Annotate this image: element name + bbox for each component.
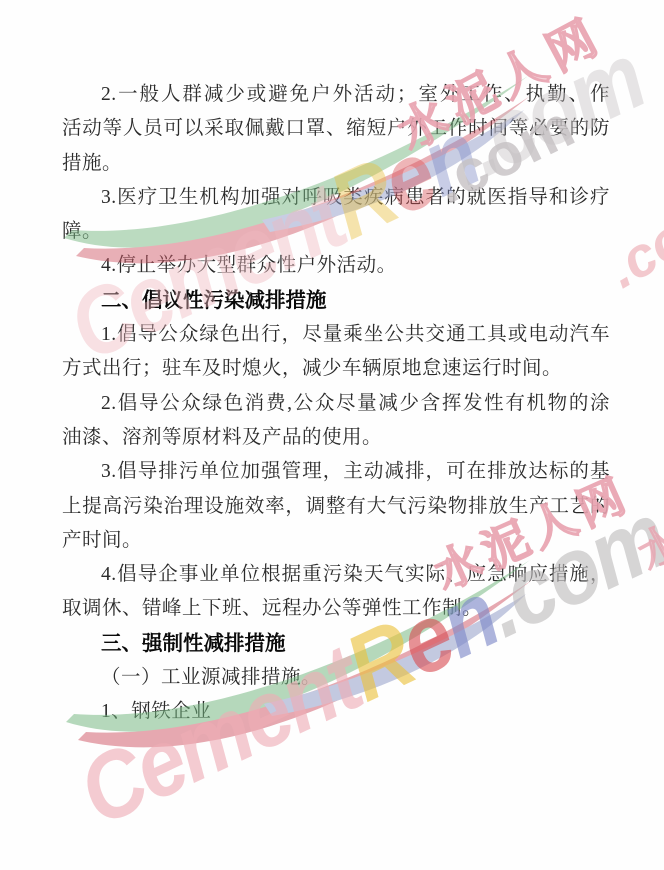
text-line: 3.医疗卫生机构加强对呼吸类疾病患者的就医指导和诊疗保 <box>62 181 610 215</box>
text-line: 上提高污染治理设施效率，调整有大气污染物排放生产工艺的生 <box>62 490 610 524</box>
text-line: 2.一般人群减少或避免户外活动；室外工作、执勤、作业、 <box>62 78 610 112</box>
text-line: 1.倡导公众绿色出行，尽量乘坐公共交通工具或电动汽车等 <box>62 318 610 352</box>
text-line: 油漆、溶剂等原材料及产品的使用。 <box>62 421 610 455</box>
text-line: 方式出行；驻车及时熄火，减少车辆原地怠速运行时间。 <box>62 352 610 386</box>
watermark-letter: C <box>64 725 161 845</box>
text-line: 1、钢铁企业 <box>62 695 610 729</box>
text-line: 活动等人员可以采取佩戴口罩、缩短户外工作时间等必要的防护 <box>62 112 610 146</box>
section-heading: 二、倡议性污染减排措施 <box>62 284 610 318</box>
text-line: 2.倡导公众绿色消费,公众尽量减少含挥发性有机物的涂料、 <box>62 387 610 421</box>
watermark-edge-fragment-mid: 水泥人网 <box>625 432 664 582</box>
text-line: 4.倡导企事业单位根据重污染天气实际、应急响应措施，采 <box>62 558 610 592</box>
text-line: 措施。 <box>62 147 610 181</box>
section-heading: 三、强制性减排措施 <box>62 627 610 661</box>
text-line: 取调休、错峰上下班、远程办公等弹性工作制。 <box>62 592 610 626</box>
text-line: 3.倡导排污单位加强管理，主动减排，可在排放达标的基础 <box>62 455 610 489</box>
text-line: 产时间。 <box>62 524 610 558</box>
document-page: 2.一般人群减少或避免户外活动；室外工作、执勤、作业、活动等人员可以采取佩戴口罩… <box>0 0 664 870</box>
document-text: 2.一般人群减少或避免户外活动；室外工作、执勤、作业、活动等人员可以采取佩戴口罩… <box>62 78 610 730</box>
text-line: 4.停止举办大型群众性户外活动。 <box>62 249 610 283</box>
text-line: 障。 <box>62 215 610 249</box>
text-line: （一）工业源减排措施。 <box>62 661 610 695</box>
